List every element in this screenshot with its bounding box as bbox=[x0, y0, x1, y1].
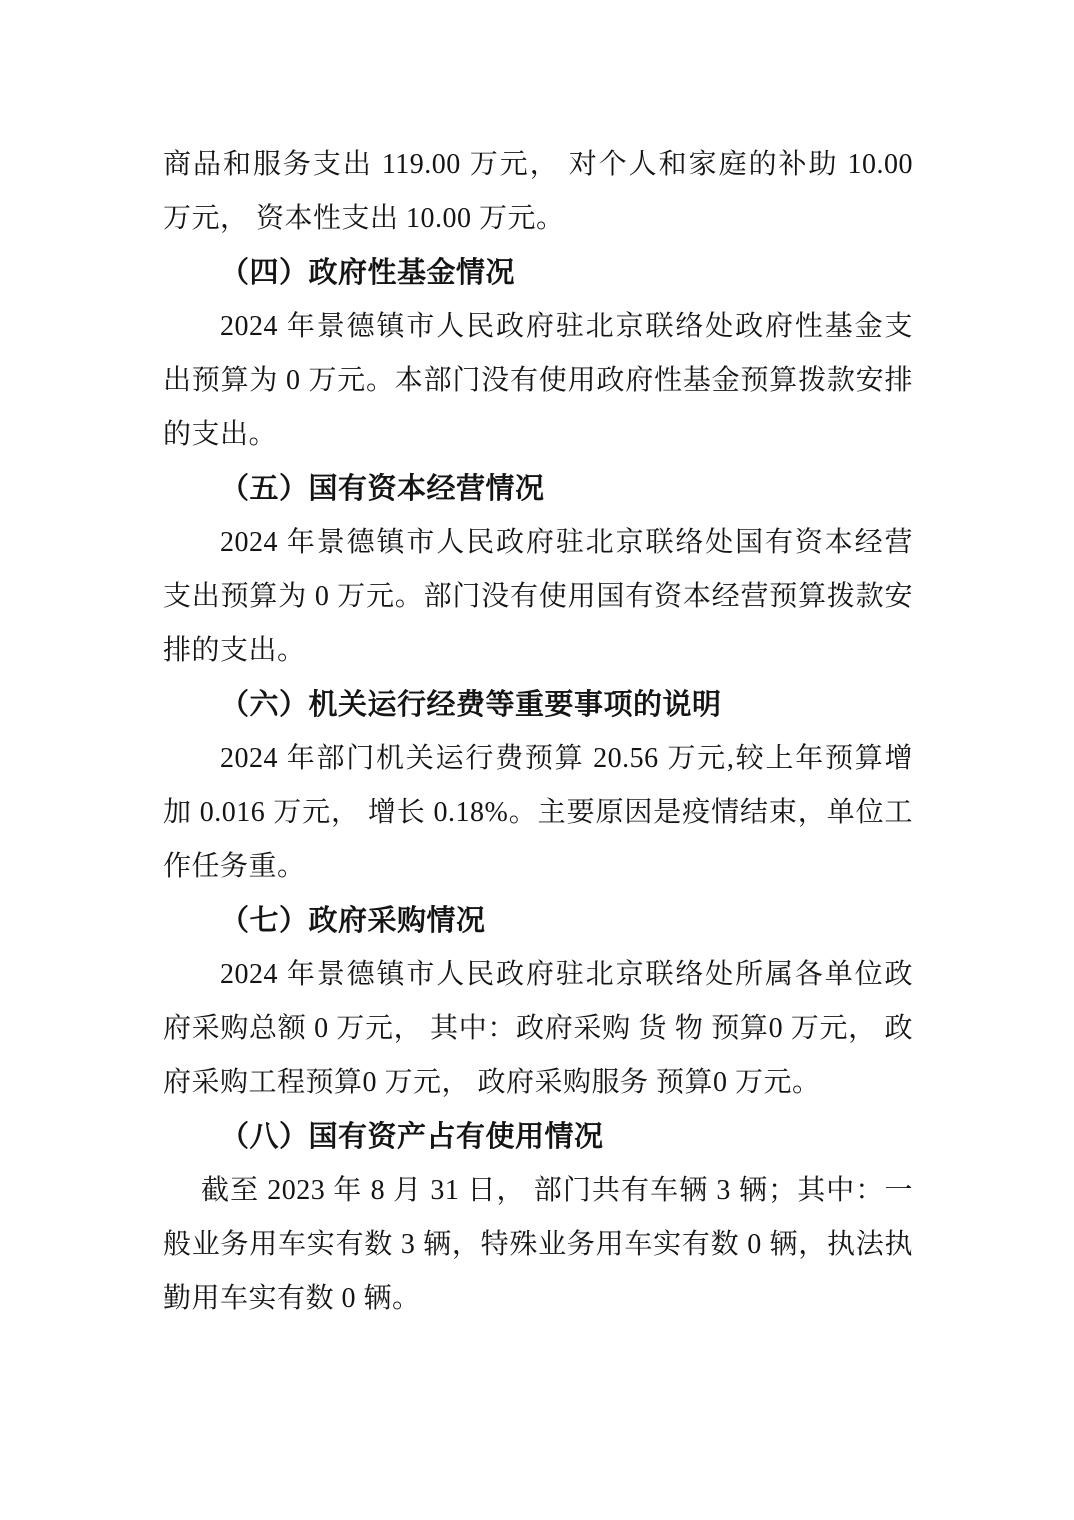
document-page: 商品和服务支出 119.00 万元， 对个人和家庭的补助 10.00万元， 资本… bbox=[0, 0, 1074, 1520]
document-line: 般业务用车实有数 3 辆，特殊业务用车实有数 0 辆，执法执 bbox=[163, 1218, 913, 1272]
document-line: 府采购工程预算0 万元， 政府采购服务 预算0 万元。 bbox=[163, 1056, 913, 1110]
document-line: 截至 2023 年 8 月 31 日， 部门共有车辆 3 辆；其中：一 bbox=[163, 1164, 913, 1218]
document-line: 2024 年部门机关运行费预算 20.56 万元,较上年预算增 bbox=[163, 732, 913, 786]
document-line: 排的支出。 bbox=[163, 624, 913, 678]
document-line: 万元， 资本性支出 10.00 万元。 bbox=[163, 192, 913, 246]
document-line: 2024 年景德镇市人民政府驻北京联络处国有资本经营 bbox=[163, 516, 913, 570]
document-line: 2024 年景德镇市人民政府驻北京联络处所属各单位政 bbox=[163, 948, 913, 1002]
document-line: 府采购总额 0 万元， 其中：政府采购 货 物 预算0 万元， 政 bbox=[163, 1002, 913, 1056]
document-line: 商品和服务支出 119.00 万元， 对个人和家庭的补助 10.00 bbox=[163, 138, 913, 192]
document-line: 的支出。 bbox=[163, 408, 913, 462]
section-heading: （七）政府采购情况 bbox=[163, 894, 913, 948]
document-line: 勤用车实有数 0 辆。 bbox=[163, 1272, 913, 1326]
document-line: 加 0.016 万元， 增长 0.18%。主要原因是疫情结束，单位工 bbox=[163, 786, 913, 840]
document-line: 2024 年景德镇市人民政府驻北京联络处政府性基金支 bbox=[163, 300, 913, 354]
section-heading: （四）政府性基金情况 bbox=[163, 246, 913, 300]
section-heading: （五）国有资本经营情况 bbox=[163, 462, 913, 516]
document-line: 出预算为 0 万元。本部门没有使用政府性基金预算拨款安排 bbox=[163, 354, 913, 408]
section-heading: （六）机关运行经费等重要事项的说明 bbox=[163, 678, 913, 732]
section-heading: （八）国有资产占有使用情况 bbox=[163, 1110, 913, 1164]
document-line: 作任务重。 bbox=[163, 840, 913, 894]
document-line: 支出预算为 0 万元。部门没有使用国有资本经营预算拨款安 bbox=[163, 570, 913, 624]
